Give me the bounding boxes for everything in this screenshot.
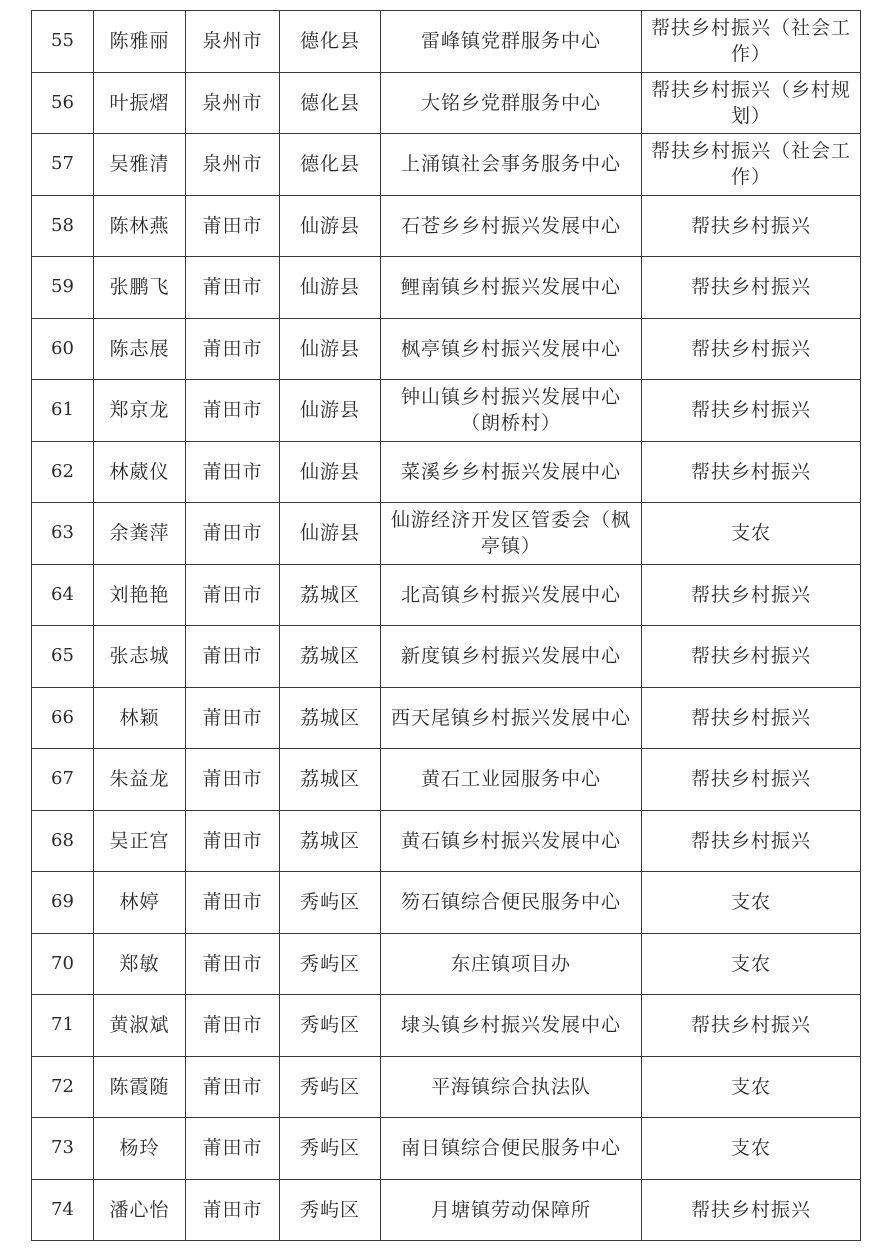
cell-post: 支农 [642,503,861,565]
cell-no: 56 [32,72,94,134]
cell-unit: 大铭乡党群服务中心 [381,72,642,134]
cell-city: 泉州市 [186,134,280,196]
cell-unit: 黄石工业园服务中心 [381,749,642,811]
cell-no: 74 [32,1179,94,1241]
cell-no: 68 [32,810,94,872]
cell-city: 莆田市 [186,503,280,565]
cell-no: 55 [32,11,94,73]
table-row: 57吴雅清泉州市德化县上涌镇社会事务服务中心帮扶乡村振兴（社会工作） [32,134,861,196]
cell-name: 杨玲 [94,1118,186,1180]
cell-city: 莆田市 [186,380,280,442]
cell-name: 张志城 [94,626,186,688]
cell-city: 莆田市 [186,195,280,257]
cell-unit: 西天尾镇乡村振兴发展中心 [381,687,642,749]
cell-city: 莆田市 [186,564,280,626]
cell-post: 帮扶乡村振兴 [642,687,861,749]
cell-name: 林葳仪 [94,441,186,503]
cell-county: 秀屿区 [280,1056,381,1118]
cell-county: 仙游县 [280,257,381,319]
cell-county: 荔城区 [280,626,381,688]
table-row: 73杨玲莆田市秀屿区南日镇综合便民服务中心支农 [32,1118,861,1180]
cell-post: 支农 [642,1118,861,1180]
cell-city: 莆田市 [186,872,280,934]
cell-post: 帮扶乡村振兴 [642,318,861,380]
cell-name: 陈志展 [94,318,186,380]
table-row: 58陈林燕莆田市仙游县石苍乡乡村振兴发展中心帮扶乡村振兴 [32,195,861,257]
cell-name: 林婷 [94,872,186,934]
cell-no: 70 [32,933,94,995]
cell-name: 刘艳艳 [94,564,186,626]
table-row: 69林婷莆田市秀屿区笏石镇综合便民服务中心支农 [32,872,861,934]
cell-city: 莆田市 [186,933,280,995]
cell-county: 仙游县 [280,318,381,380]
cell-name: 潘心怡 [94,1179,186,1241]
cell-no: 73 [32,1118,94,1180]
cell-city: 莆田市 [186,441,280,503]
table-row: 67朱益龙莆田市荔城区黄石工业园服务中心帮扶乡村振兴 [32,749,861,811]
cell-post: 帮扶乡村振兴 [642,626,861,688]
table-row: 71黄淑斌莆田市秀屿区埭头镇乡村振兴发展中心帮扶乡村振兴 [32,995,861,1057]
table-row: 60陈志展莆田市仙游县枫亭镇乡村振兴发展中心帮扶乡村振兴 [32,318,861,380]
cell-county: 德化县 [280,11,381,73]
cell-no: 67 [32,749,94,811]
cell-no: 59 [32,257,94,319]
cell-no: 61 [32,380,94,442]
table-row: 64刘艳艳莆田市荔城区北高镇乡村振兴发展中心帮扶乡村振兴 [32,564,861,626]
cell-unit: 仙游经济开发区管委会（枫亭镇） [381,503,642,565]
cell-post: 帮扶乡村振兴（社会工作） [642,11,861,73]
cell-unit: 菜溪乡乡村振兴发展中心 [381,441,642,503]
cell-name: 郑敏 [94,933,186,995]
cell-county: 荔城区 [280,749,381,811]
cell-city: 莆田市 [186,995,280,1057]
table-row: 72陈霞随莆田市秀屿区平海镇综合执法队支农 [32,1056,861,1118]
cell-no: 60 [32,318,94,380]
table-row: 63余粪萍莆田市仙游县仙游经济开发区管委会（枫亭镇）支农 [32,503,861,565]
cell-post: 帮扶乡村振兴 [642,1179,861,1241]
roster-table: 55陈雅丽泉州市德化县雷峰镇党群服务中心帮扶乡村振兴（社会工作） 56叶振熠泉州… [31,10,861,1241]
cell-unit: 钟山镇乡村振兴发展中心（朗桥村） [381,380,642,442]
cell-county: 德化县 [280,134,381,196]
cell-no: 64 [32,564,94,626]
cell-unit: 东庄镇项目办 [381,933,642,995]
cell-no: 63 [32,503,94,565]
cell-post: 帮扶乡村振兴 [642,195,861,257]
cell-county: 秀屿区 [280,1179,381,1241]
cell-name: 朱益龙 [94,749,186,811]
cell-unit: 月塘镇劳动保障所 [381,1179,642,1241]
cell-county: 荔城区 [280,687,381,749]
cell-city: 泉州市 [186,11,280,73]
cell-no: 65 [32,626,94,688]
table-row: 56叶振熠泉州市德化县大铭乡党群服务中心帮扶乡村振兴（乡村规划） [32,72,861,134]
cell-no: 58 [32,195,94,257]
cell-city: 泉州市 [186,72,280,134]
cell-name: 叶振熠 [94,72,186,134]
roster-table-container: 55陈雅丽泉州市德化县雷峰镇党群服务中心帮扶乡村振兴（社会工作） 56叶振熠泉州… [31,10,860,1241]
cell-name: 黄淑斌 [94,995,186,1057]
cell-county: 仙游县 [280,195,381,257]
cell-city: 莆田市 [186,810,280,872]
cell-no: 72 [32,1056,94,1118]
cell-county: 秀屿区 [280,933,381,995]
table-row: 61郑京龙莆田市仙游县钟山镇乡村振兴发展中心（朗桥村）帮扶乡村振兴 [32,380,861,442]
cell-county: 仙游县 [280,503,381,565]
cell-post: 支农 [642,872,861,934]
cell-county: 秀屿区 [280,995,381,1057]
cell-post: 支农 [642,1056,861,1118]
cell-post: 支农 [642,933,861,995]
cell-city: 莆田市 [186,687,280,749]
cell-city: 莆田市 [186,257,280,319]
cell-city: 莆田市 [186,1118,280,1180]
cell-county: 仙游县 [280,441,381,503]
table-row: 59张鹏飞莆田市仙游县鲤南镇乡村振兴发展中心帮扶乡村振兴 [32,257,861,319]
cell-no: 69 [32,872,94,934]
cell-name: 张鹏飞 [94,257,186,319]
cell-city: 莆田市 [186,1179,280,1241]
cell-county: 荔城区 [280,564,381,626]
cell-name: 陈雅丽 [94,11,186,73]
cell-unit: 鲤南镇乡村振兴发展中心 [381,257,642,319]
cell-county: 秀屿区 [280,872,381,934]
cell-post: 帮扶乡村振兴 [642,810,861,872]
cell-unit: 笏石镇综合便民服务中心 [381,872,642,934]
table-row: 68吴正宫莆田市荔城区黄石镇乡村振兴发展中心帮扶乡村振兴 [32,810,861,872]
cell-city: 莆田市 [186,749,280,811]
cell-unit: 黄石镇乡村振兴发展中心 [381,810,642,872]
cell-unit: 石苍乡乡村振兴发展中心 [381,195,642,257]
cell-city: 莆田市 [186,1056,280,1118]
cell-county: 荔城区 [280,810,381,872]
cell-unit: 枫亭镇乡村振兴发展中心 [381,318,642,380]
cell-post: 帮扶乡村振兴 [642,380,861,442]
cell-post: 帮扶乡村振兴 [642,564,861,626]
cell-name: 林颖 [94,687,186,749]
cell-post: 帮扶乡村振兴（乡村规划） [642,72,861,134]
cell-no: 57 [32,134,94,196]
cell-unit: 雷峰镇党群服务中心 [381,11,642,73]
cell-name: 吴正宫 [94,810,186,872]
cell-county: 秀屿区 [280,1118,381,1180]
cell-unit: 北高镇乡村振兴发展中心 [381,564,642,626]
cell-unit: 南日镇综合便民服务中心 [381,1118,642,1180]
cell-name: 吴雅清 [94,134,186,196]
table-row: 65张志城莆田市荔城区新度镇乡村振兴发展中心帮扶乡村振兴 [32,626,861,688]
cell-post: 帮扶乡村振兴 [642,441,861,503]
cell-name: 陈霞随 [94,1056,186,1118]
table-row: 55陈雅丽泉州市德化县雷峰镇党群服务中心帮扶乡村振兴（社会工作） [32,11,861,73]
cell-post: 帮扶乡村振兴（社会工作） [642,134,861,196]
cell-unit: 埭头镇乡村振兴发展中心 [381,995,642,1057]
cell-post: 帮扶乡村振兴 [642,257,861,319]
cell-name: 余粪萍 [94,503,186,565]
cell-city: 莆田市 [186,318,280,380]
cell-post: 帮扶乡村振兴 [642,995,861,1057]
cell-name: 陈林燕 [94,195,186,257]
cell-name: 郑京龙 [94,380,186,442]
cell-county: 德化县 [280,72,381,134]
table-row: 66林颖莆田市荔城区西天尾镇乡村振兴发展中心帮扶乡村振兴 [32,687,861,749]
cell-unit: 新度镇乡村振兴发展中心 [381,626,642,688]
cell-unit: 平海镇综合执法队 [381,1056,642,1118]
cell-no: 66 [32,687,94,749]
cell-no: 62 [32,441,94,503]
cell-city: 莆田市 [186,626,280,688]
table-row: 74潘心怡莆田市秀屿区月塘镇劳动保障所帮扶乡村振兴 [32,1179,861,1241]
table-row: 70郑敏莆田市秀屿区东庄镇项目办支农 [32,933,861,995]
cell-unit: 上涌镇社会事务服务中心 [381,134,642,196]
roster-table-body: 55陈雅丽泉州市德化县雷峰镇党群服务中心帮扶乡村振兴（社会工作） 56叶振熠泉州… [32,11,861,1241]
cell-county: 仙游县 [280,380,381,442]
table-row: 62林葳仪莆田市仙游县菜溪乡乡村振兴发展中心帮扶乡村振兴 [32,441,861,503]
cell-no: 71 [32,995,94,1057]
cell-post: 帮扶乡村振兴 [642,749,861,811]
